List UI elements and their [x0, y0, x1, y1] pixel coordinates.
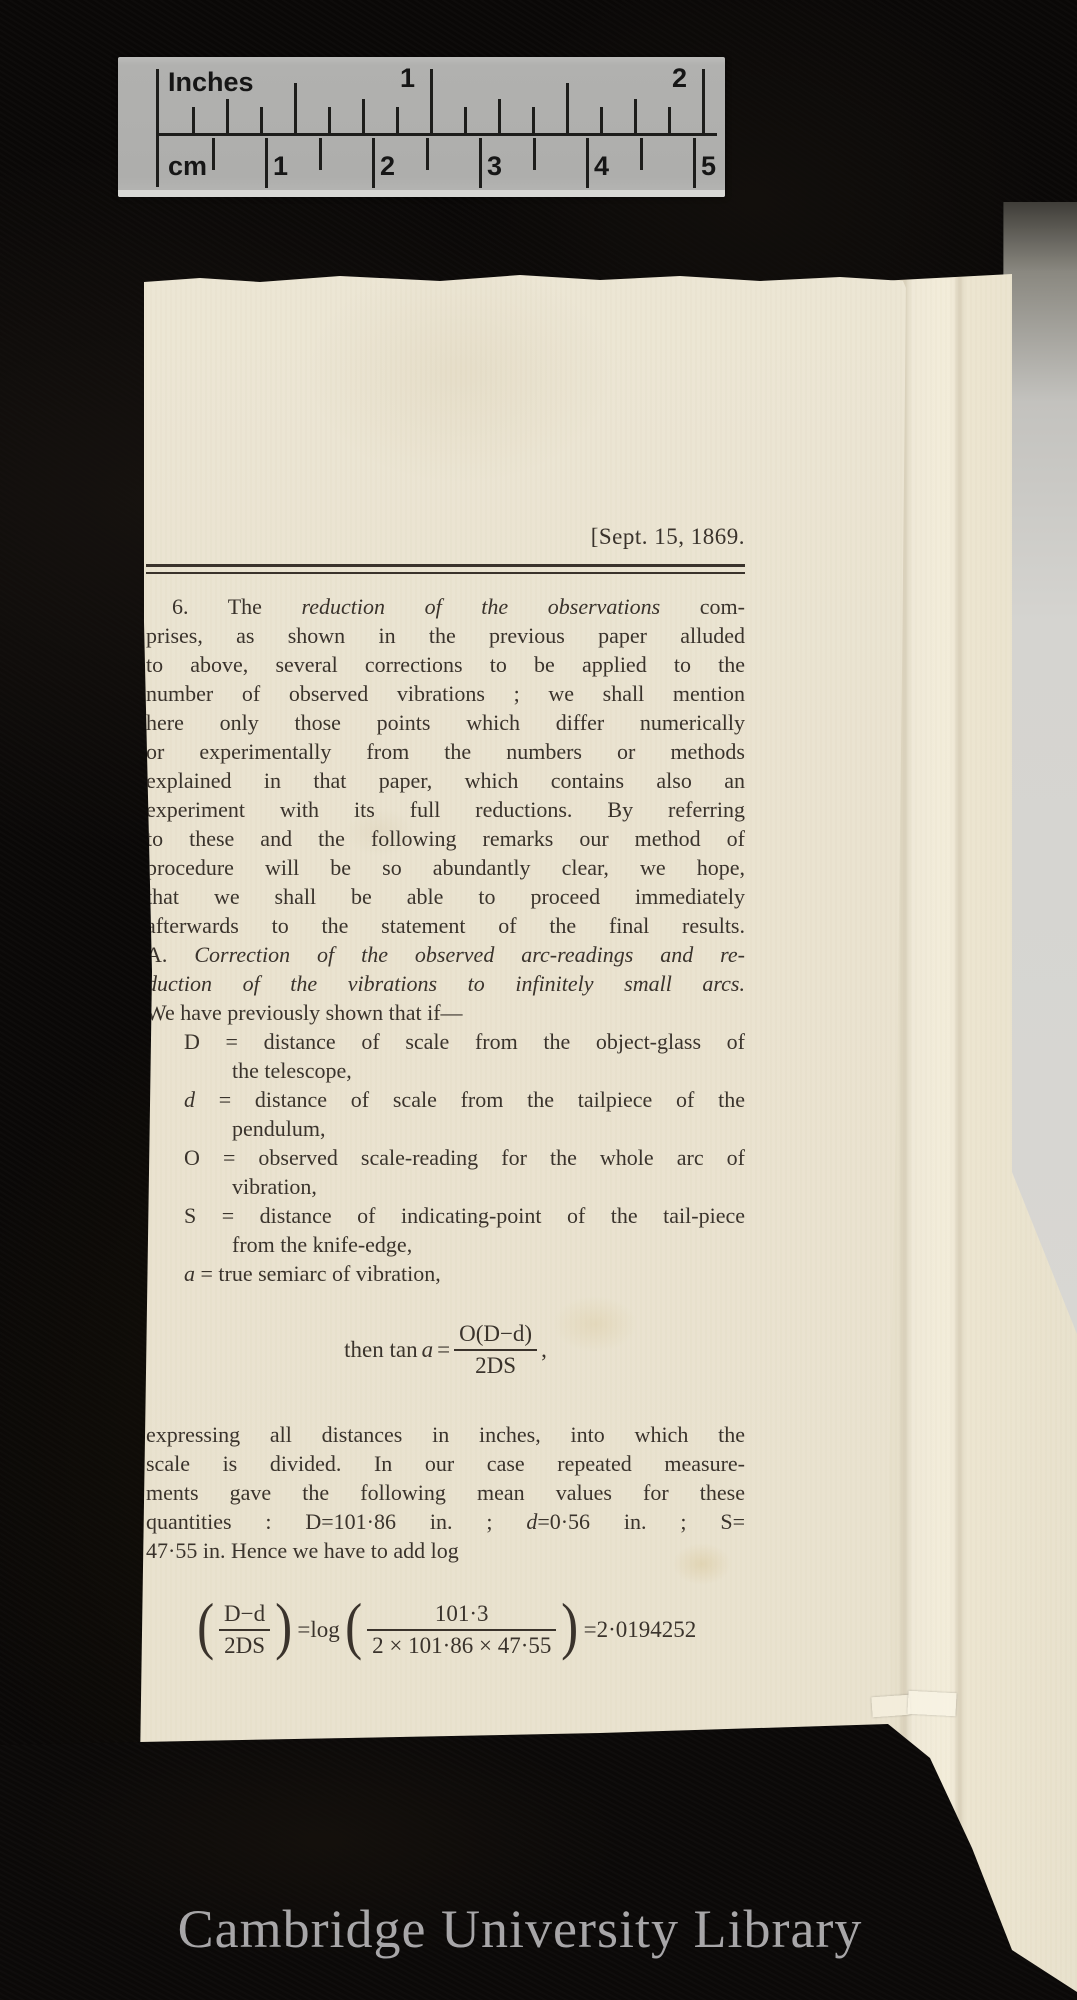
text-column: [Sept. 15, 1869. 6. The reduction of the… — [146, 524, 745, 1679]
double-rule-bottom — [146, 572, 745, 574]
ruler-tick — [319, 138, 322, 170]
text-line: quantities : D=101·86 in. ; d=0·56 in. ;… — [146, 1507, 745, 1536]
text-line: pendulum, — [146, 1114, 745, 1143]
paragraph-b: expressing all distances in inches, into… — [146, 1420, 745, 1565]
ruler-tick — [260, 107, 263, 136]
ruler-tick — [192, 107, 195, 136]
text-line: or experimentally from the numbers or me… — [146, 737, 745, 766]
equals-log: =log — [297, 1617, 339, 1643]
text-line: vibration, — [146, 1172, 745, 1201]
text-line: the telescope, — [146, 1056, 745, 1085]
formula-result: =2·0194252 — [584, 1617, 697, 1643]
text-line: that we shall be able to proceed immedia… — [146, 882, 745, 911]
ruler-cm-label: cm — [168, 151, 207, 182]
text-line: S = distance of indicating-point of the … — [146, 1201, 745, 1230]
text-line: experiment with its full reductions. By … — [146, 795, 745, 824]
text-line: 47·55 in. Hence we have to add log — [146, 1536, 745, 1565]
text-line: O = observed scale-reading for the whole… — [146, 1143, 745, 1172]
formula-tan: then tan a= O(D−d) 2DS , — [146, 1318, 745, 1382]
formula-equals: = — [437, 1337, 450, 1363]
ruler-tick — [586, 138, 589, 188]
formula-tail: , — [541, 1337, 547, 1363]
ruler-tick — [294, 83, 297, 136]
ruler-tick — [372, 138, 375, 188]
ruler-tick — [634, 99, 637, 136]
ruler-centerline — [156, 133, 717, 136]
ruler-inch-number: 1 — [400, 63, 415, 94]
ruler-tick — [532, 107, 535, 136]
text-line: here only those points which differ nume… — [146, 708, 745, 737]
ruler-tick — [430, 69, 433, 136]
fraction: O(D−d) 2DS — [454, 1319, 537, 1381]
ruler-tick — [464, 107, 467, 136]
ruler-tick — [566, 83, 569, 136]
text-line: prises, as shown in the previous paper a… — [146, 621, 745, 650]
text-line: explained in that paper, which contains … — [146, 766, 745, 795]
tape-fragment — [907, 1691, 956, 1716]
paragraph-a: 6. The reduction of the observations com… — [146, 592, 745, 1288]
text-line: A. Correction of the observed arc-readin… — [146, 940, 745, 969]
date-header: [Sept. 15, 1869. — [146, 524, 745, 552]
text-line: afterwards to the statement of the final… — [146, 911, 745, 940]
double-rule-top — [146, 564, 745, 567]
fraction: D−d 2DS — [219, 1599, 270, 1661]
ruler-cm-number: 4 — [594, 151, 609, 182]
ruler-bevel — [118, 190, 725, 197]
text-line: d = distance of scale from the tailpiece… — [146, 1085, 745, 1114]
ruler-cm-number: 1 — [273, 151, 288, 182]
ruler-tick — [362, 99, 365, 136]
tape-fragment — [871, 1695, 910, 1718]
big-paren: ) — [275, 1626, 292, 1634]
photo-background: Inches cm 1212345 [Sept. 15, 1869. 6. Th… — [0, 0, 1077, 2000]
formula-lead: then tan — [344, 1337, 417, 1363]
ruler-tick — [396, 107, 399, 136]
big-paren: ) — [561, 1626, 578, 1634]
ruler-tick — [640, 138, 643, 170]
ruler-tick — [668, 107, 671, 136]
text-line: from the knife-edge, — [146, 1230, 745, 1259]
text-line: 6. The reduction of the observations com… — [146, 592, 745, 621]
ruler-tick — [212, 138, 215, 170]
big-paren: ( — [345, 1626, 362, 1634]
text-line: to above, several corrections to be appl… — [146, 650, 745, 679]
ruler-tick — [226, 99, 229, 136]
ruler-tick — [533, 138, 536, 170]
big-paren: ( — [197, 1626, 214, 1634]
text-line: procedure will be so abundantly clear, w… — [146, 853, 745, 882]
ruler-tick — [702, 69, 705, 136]
ruler-inch-number: 2 — [672, 63, 687, 94]
text-line: expressing all distances in inches, into… — [146, 1420, 745, 1449]
ruler-tick — [498, 99, 501, 136]
ruler-cm-number: 5 — [701, 151, 716, 182]
ruler-zero-line — [156, 69, 159, 187]
ruler-tick — [426, 138, 429, 170]
ruler-tick — [265, 138, 268, 188]
text-line: duction of the vibrations to infinitely … — [146, 969, 745, 998]
library-watermark: Cambridge University Library — [140, 1898, 900, 1960]
ruler-tick — [479, 138, 482, 188]
ruler-tick — [600, 107, 603, 136]
ruler-cm-number: 3 — [487, 151, 502, 182]
text-line: scale is divided. In our case repeated m… — [146, 1449, 745, 1478]
newspaper-clipping: [Sept. 15, 1869. 6. The reduction of the… — [140, 272, 906, 1764]
ruler-cm-number: 2 — [380, 151, 395, 182]
text-line: a = true semiarc of vibration, — [146, 1259, 745, 1288]
ruler: Inches cm 1212345 — [118, 57, 725, 197]
ruler-tick — [693, 138, 696, 188]
formula-var: a — [422, 1337, 434, 1363]
ruler-tick — [328, 107, 331, 136]
text-line: We have previously shown that if— — [146, 998, 745, 1027]
formula-log: ( D−d 2DS ) =log ( 101·3 2 × 101·86 × 47… — [146, 1591, 745, 1669]
ruler-inches-label: Inches — [168, 67, 254, 98]
text-line: to these and the following remarks our m… — [146, 824, 745, 853]
text-line: ments gave the following mean values for… — [146, 1478, 745, 1507]
text-line: D = distance of scale from the object-gl… — [146, 1027, 745, 1056]
text-line: number of observed vibrations ; we shall… — [146, 679, 745, 708]
fraction: 101·3 2 × 101·86 × 47·55 — [367, 1599, 556, 1661]
